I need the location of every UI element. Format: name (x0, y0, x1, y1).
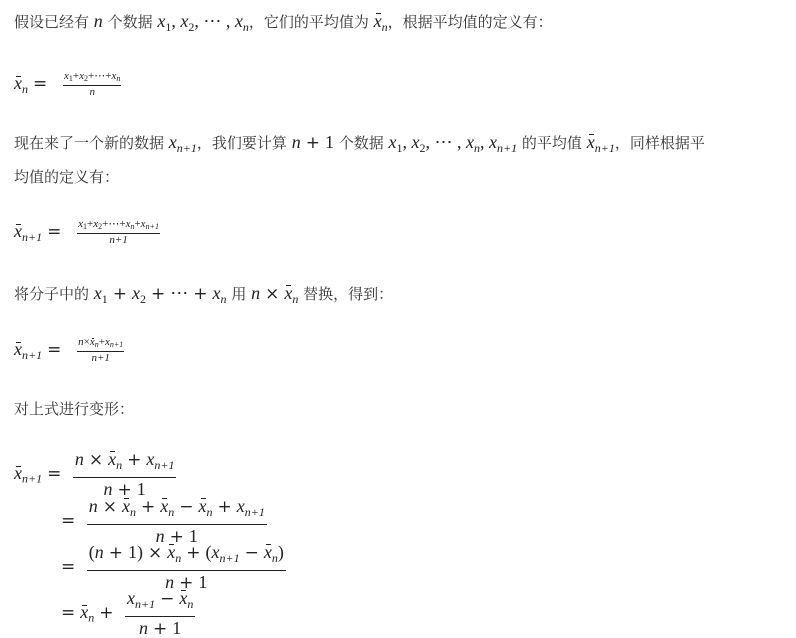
paragraph-2: 现在来了一个新的数据 xn+1，我们要计算 n+1 个数据 x1, x2, ⋯ … (14, 131, 705, 159)
text: 替换，得到： (303, 285, 393, 303)
fraction: n×xn+xn+1 n+1 (77, 336, 124, 364)
text: 均值的定义有： (14, 168, 119, 186)
text: 对上式进行变形： (14, 400, 134, 418)
equation-3: xn+1= n×xn+xn+1 n+1 (14, 336, 124, 364)
math-n: n (94, 11, 103, 31)
math-sequence: x1, x2, ⋯ , xn (157, 11, 249, 31)
text: 假设已经有 (14, 13, 89, 31)
text: 将分子中的 (14, 285, 89, 303)
text: 个数据 (339, 134, 384, 152)
text: 用 (231, 285, 246, 303)
text: 现在来了一个新的数据 (14, 134, 164, 152)
derivation-line-4: =xn+ xn+1−xn n+1 (56, 587, 197, 638)
text: 的平均值 (522, 134, 582, 152)
equation-2: xn+1= x1+x2+⋯+xn+xn+1 n+1 (14, 218, 160, 246)
paragraph-3: 将分子中的 x1+x2+⋯+xn 用 n×xn 替换，得到： (14, 282, 393, 310)
text: ，同样根据平 (615, 134, 705, 152)
text: 个数据 (108, 13, 153, 31)
text: ，根据平均值的定义有： (388, 13, 553, 31)
derivation-line-1: xn+1= n×xn+xn+1 n+1 (14, 448, 178, 501)
math-mean-n: xn (374, 11, 388, 31)
equation-1: xn= x1+x2+⋯+xn n (14, 70, 121, 98)
paragraph-2-cont: 均值的定义有： (14, 166, 119, 188)
paragraph-1: 假设已经有 n 个数据 x1, x2, ⋯ , xn，它们的平均值为 xn，根据… (14, 10, 553, 38)
text: ，我们要计算 (197, 134, 287, 152)
fraction: x1+x2+⋯+xn n (63, 70, 121, 98)
text: ，它们的平均值为 (249, 13, 369, 31)
paragraph-4: 对上式进行变形： (14, 398, 134, 420)
fraction: x1+x2+⋯+xn+xn+1 n+1 (77, 218, 160, 246)
